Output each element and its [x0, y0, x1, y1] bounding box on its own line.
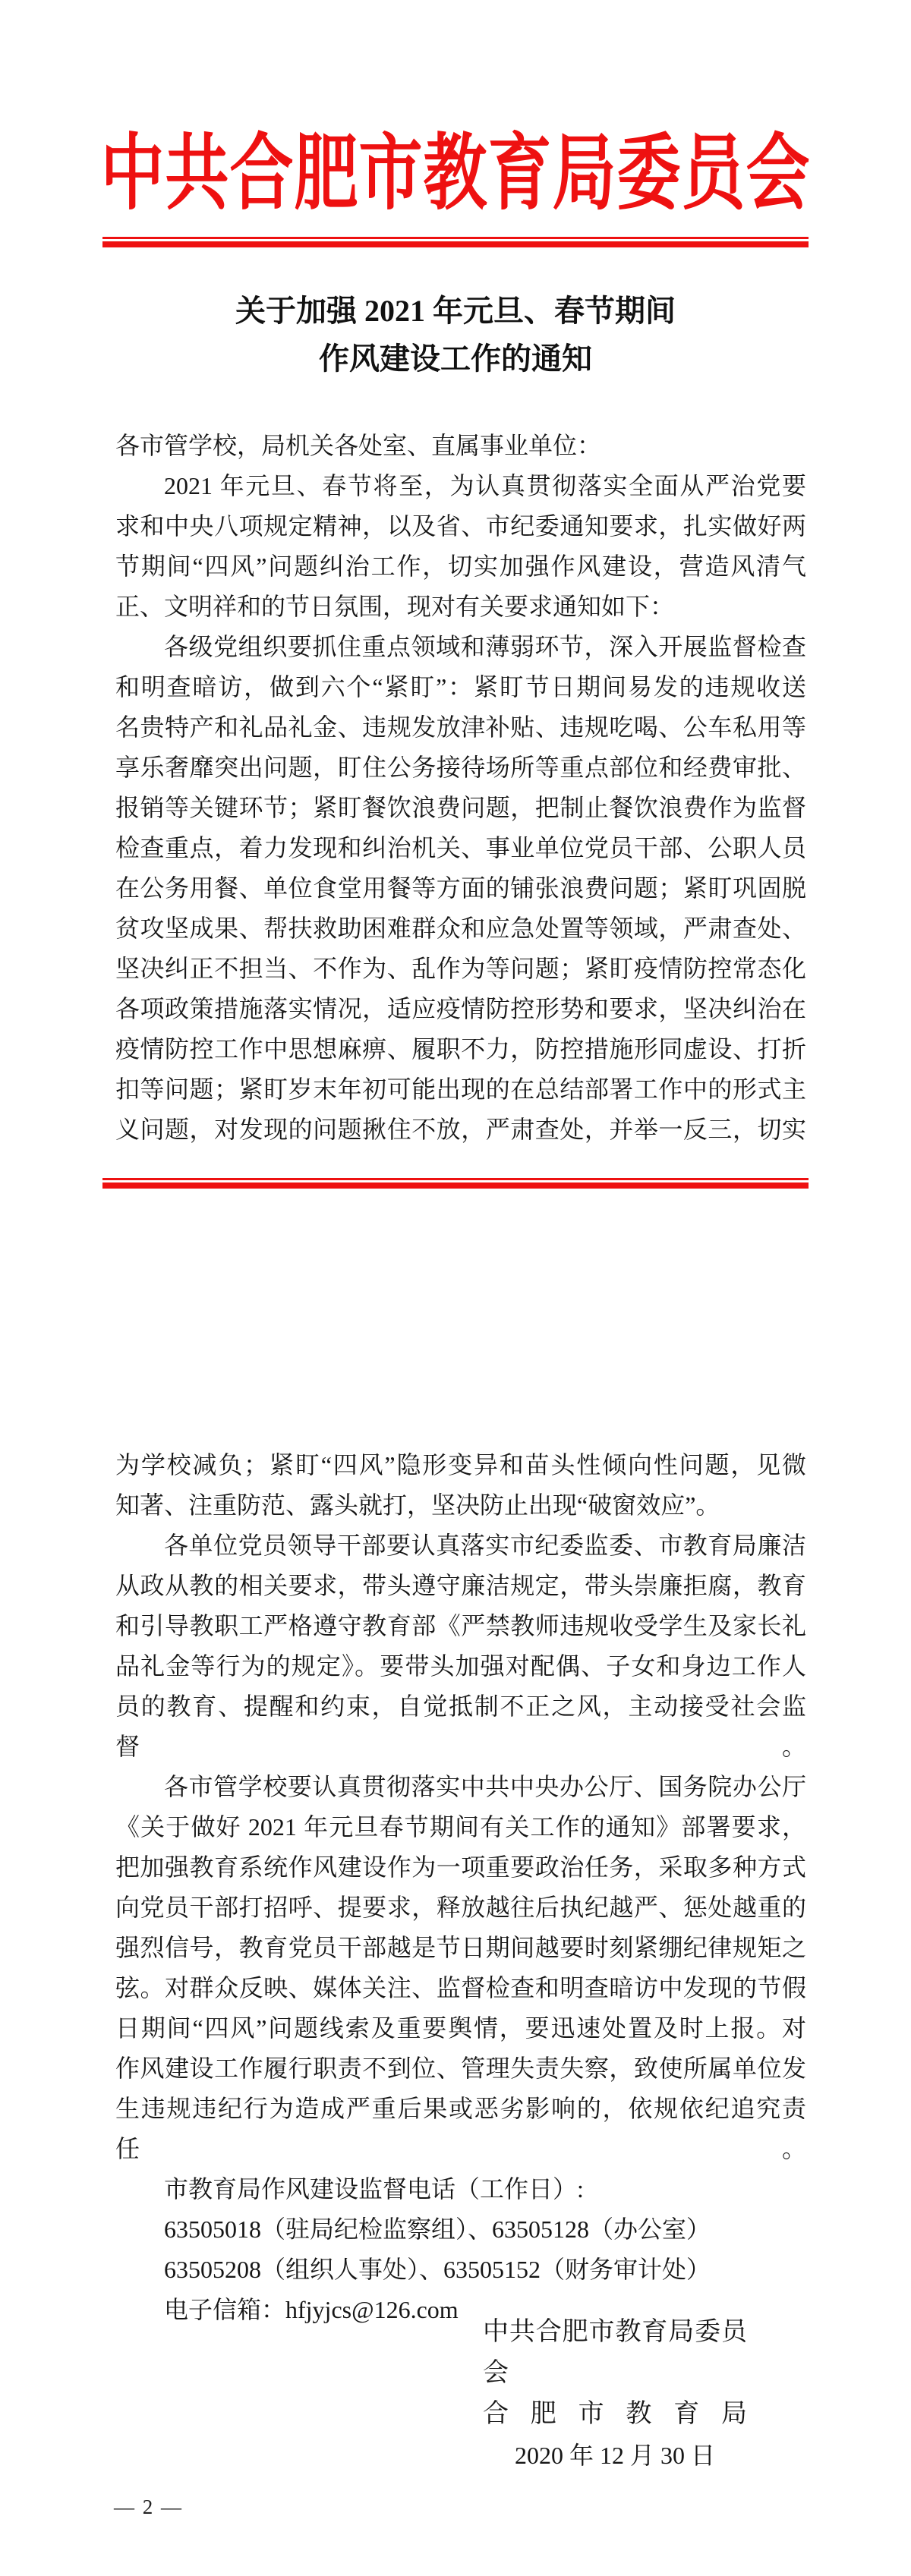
body-line: 63505208（组织人事处）、63505152（财务审计处） — [115, 2250, 806, 2290]
body-line: 节期间“四风”问题纠治工作，切实加强作风建设，营造风清气 — [115, 546, 806, 587]
body-line: 作风建设工作履行职责不到位、管理失责失察，致使所属单位发 — [115, 2049, 806, 2089]
body-line: 弦。对群众反映、媒体关注、监督检查和明查暗访中发现的节假 — [115, 1968, 806, 2008]
body-line: 在公务用餐、单位食堂用餐等方面的铺张浪费问题；紧盯巩固脱 — [115, 868, 806, 909]
body-line: 各项政策措施落实情况，适应疫情防控形势和要求，坚决纠治在 — [115, 989, 806, 1029]
body-line: 各市管学校要认真贯彻落实中共中央办公厅、国务院办公厅 — [115, 1767, 806, 1807]
body-line: 报销等关键环节；紧盯餐饮浪费问题，把制止餐饮浪费作为监督 — [115, 788, 806, 828]
document-title-line1: 关于加强 2021 年元旦、春节期间 — [0, 287, 911, 335]
body-line: 求和中央八项规定精神，以及省、市纪委通知要求，扎实做好两 — [115, 506, 806, 546]
signature-org-committee: 中共合肥市教育局委员会 — [483, 2312, 747, 2394]
body-line: 日期间“四风”问题线索及重要舆情，要迅速处置及时上报。对 — [115, 2008, 806, 2049]
body-line: 知著、注重防范、露头就打，坚决防止出现“破窗效应”。 — [115, 1485, 806, 1526]
body-line: 享乐奢靡突出问题，盯住公务接待场所等重点部位和经费审批、 — [115, 748, 806, 788]
body-line: 从政从教的相关要求，带头遵守廉洁规定，带头崇廉拒腐，教育 — [115, 1566, 806, 1606]
body-line: 扣等问题；紧盯岁末年初可能出现的在总结部署工作中的形式主 — [115, 1069, 806, 1110]
body-line: 生违规违纪行为造成严重后果或恶劣影响的，依规依纪追究责任。 — [115, 2089, 806, 2169]
body-line: 2021 年元旦、春节将至，为认真贯彻落实全面从严治党要 — [115, 466, 806, 506]
body-line: 《关于做好 2021 年元旦春节期间有关工作的通知》部署要求， — [115, 1807, 806, 1847]
document-title: 关于加强 2021 年元旦、春节期间 作风建设工作的通知 — [0, 287, 911, 383]
body-line: 各市管学校，局机关各处室、直属事业单位： — [115, 426, 806, 466]
body-line: 义问题，对发现的问题揪住不放，严肃查处，并举一反三，切实 — [115, 1110, 806, 1150]
body-line: 疫情防控工作中思想麻痹、履职不力，防控措施形同虚设、打折 — [115, 1029, 806, 1069]
body-line: 贫攻坚成果、帮扶救助困难群众和应急处置等领域，严肃查处、 — [115, 909, 806, 949]
letterhead-rule-thick-line — [102, 241, 809, 247]
signature-block: 中共合肥市教育局委员会 合 肥 市 教 育 局 2020 年 12 月 30 日 — [483, 2312, 747, 2476]
document-title-line2: 作风建设工作的通知 — [0, 335, 911, 383]
body-line: 为学校减负；紧盯“四风”隐形变异和苗头性倾向性问题，见微 — [115, 1445, 806, 1485]
body-line: 各级党组织要抓住重点领域和薄弱环节，深入开展监督检查 — [115, 627, 806, 667]
signature-org-bureau: 合 肥 市 教 育 局 — [483, 2394, 747, 2435]
signature-date: 2020 年 12 月 30 日 — [483, 2435, 747, 2476]
body-line: 正、文明祥和的节日氛围，现对有关要求通知如下： — [115, 587, 806, 627]
body-line: 强烈信号，教育党员干部越是节日期间越要时刻紧绷纪律规矩之 — [115, 1928, 806, 1968]
body-line: 市教育局作风建设监督电话（工作日）: — [115, 2169, 806, 2209]
body-line: 各单位党员领导干部要认真落实市纪委监委、市教育局廉洁 — [115, 1526, 806, 1566]
separator-thick-line — [102, 1183, 809, 1189]
letterhead-rule — [102, 237, 809, 247]
body-line: 坚决纠正不担当、不作为、乱作为等问题；紧盯疫情防控常态化 — [115, 949, 806, 989]
body-line: 员的教育、提醒和约束，自觉抵制不正之风，主动接受社会监督。 — [115, 1686, 806, 1767]
body-text-page1: 各市管学校，局机关各处室、直属事业单位：2021 年元旦、春节将至，为认真贯彻落… — [115, 426, 806, 1150]
page-number: — 2 — — [114, 2496, 183, 2519]
body-line: 63505018（驻局纪检监察组）、63505128（办公室） — [115, 2209, 806, 2250]
body-line: 品礼金等行为的规定》。要带头加强对配偶、子女和身边工作人 — [115, 1646, 806, 1686]
body-line: 和引导教职工严格遵守教育部《严禁教师违规收受学生及家长礼 — [115, 1606, 806, 1646]
body-line: 向党员干部打招呼、提要求，释放越往后执纪越严、惩处越重的 — [115, 1888, 806, 1928]
official-document-page: 中共合肥市教育局委员会 关于加强 2021 年元旦、春节期间 作风建设工作的通知… — [0, 0, 911, 2576]
body-line: 把加强教育系统作风建设作为一项重要政治任务，采取多种方式 — [115, 1847, 806, 1888]
body-line: 检查重点，着力发现和纠治机关、事业单位党员干部、公职人员 — [115, 828, 806, 868]
body-line: 和明查暗访，做到六个“紧盯”：紧盯节日期间易发的违规收送 — [115, 667, 806, 707]
body-line: 名贵特产和礼品礼金、违规发放津补贴、违规吃喝、公车私用等 — [115, 707, 806, 748]
page-separator-rule — [102, 1178, 809, 1189]
body-text-page2: 为学校减负；紧盯“四风”隐形变异和苗头性倾向性问题，见微知著、注重防范、露头就打… — [115, 1445, 806, 2330]
red-letterhead-title: 中共合肥市教育局委员会 — [0, 134, 911, 216]
